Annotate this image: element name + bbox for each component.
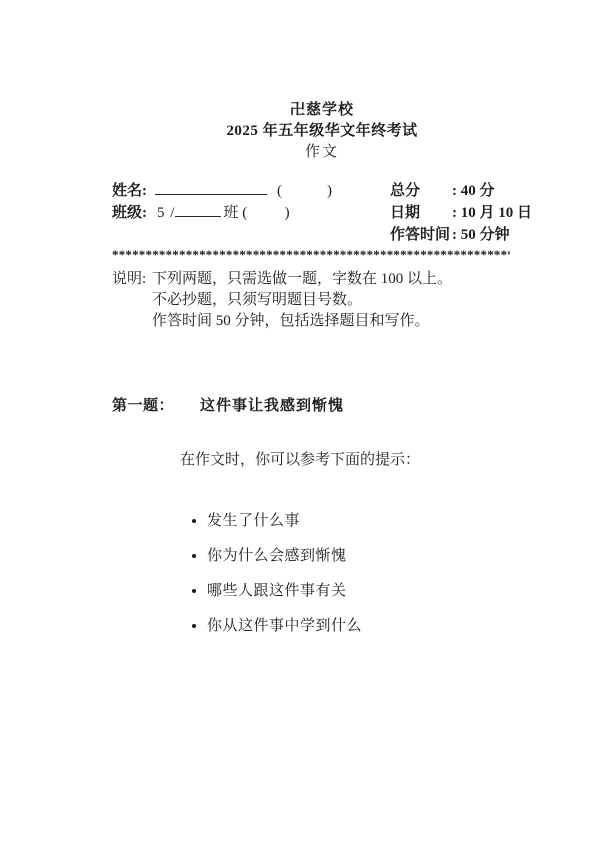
duration-value: : 50 分钟	[452, 227, 510, 243]
instruction-line: 作答时间 50 分钟，包括选择题目和写作。	[152, 311, 452, 332]
bullet-item: 发生了什么事	[207, 513, 600, 530]
name-label: 姓名:	[112, 183, 147, 199]
total-score-row: 总分: 40 分	[390, 180, 572, 202]
question1-number: 第一题：	[112, 394, 200, 415]
candidate-info-form: 姓名:( ) 班级:5 /班 ( ) 总分: 40 分 日期: 10 月 10 …	[112, 180, 572, 246]
name-row: 姓名:( )	[112, 180, 390, 202]
name-paren: ( )	[277, 183, 332, 199]
class-blank	[175, 203, 221, 217]
exam-title: 2025 年五年级华文年终考试	[112, 121, 532, 142]
paper-type: 作文	[112, 142, 532, 163]
exam-paper-page: 卍慈学校 2025 年五年级华文年终考试 作文 姓名:( ) 班级:5 /班 (…	[0, 0, 600, 849]
class-label: 班级:	[112, 205, 147, 221]
date-value: : 10 月 10 日	[452, 205, 532, 221]
duration-label: 作答时间	[390, 224, 452, 246]
class-paren: ( )	[238, 205, 289, 221]
total-score-value: : 40 分	[452, 183, 495, 199]
date-row: 日期: 10 月 10 日	[390, 202, 572, 224]
bullet-item: 你为什么会感到惭愧	[207, 548, 600, 565]
class-row: 班级:5 /班 ( )	[112, 202, 390, 224]
instructions-lines: 下列两题，只需选做一题，字数在 100 以上。 不必抄题，只须写明题目号数。 作…	[152, 269, 452, 332]
instructions-label: 说明:	[112, 269, 152, 332]
bullet-item: 哪些人跟这件事有关	[207, 583, 600, 600]
class-prefix: 5 /	[157, 205, 175, 221]
form-left-column: 姓名:( ) 班级:5 /班 ( )	[112, 180, 390, 246]
school-name: 卍慈学校	[112, 100, 532, 121]
total-score-label: 总分	[390, 180, 452, 202]
class-suffix: 班	[223, 205, 238, 221]
question1-hint: 在作文时，你可以参考下面的提示：	[180, 452, 600, 469]
star-divider: ****************************************…	[112, 247, 510, 262]
instructions-block: 说明: 下列两题，只需选做一题，字数在 100 以上。 不必抄题，只须写明题目号…	[112, 269, 600, 332]
instruction-line: 不必抄题，只须写明题目号数。	[152, 290, 452, 311]
question1-title: 这件事让我感到惭愧	[200, 394, 344, 415]
name-blank	[155, 181, 267, 195]
question1-heading: 第一题： 这件事让我感到惭愧	[112, 394, 600, 415]
bullet-item: 你从这件事中学到什么	[207, 618, 600, 635]
hint-bullet-list: 发生了什么事 你为什么会感到惭愧 哪些人跟这件事有关 你从这件事中学到什么	[190, 513, 600, 635]
instruction-line: 下列两题，只需选做一题，字数在 100 以上。	[152, 269, 452, 290]
duration-row: 作答时间: 50 分钟	[390, 224, 572, 246]
form-right-column: 总分: 40 分 日期: 10 月 10 日 作答时间: 50 分钟	[390, 180, 572, 246]
document-header: 卍慈学校 2025 年五年级华文年终考试 作文	[112, 100, 532, 163]
date-label: 日期	[390, 202, 452, 224]
